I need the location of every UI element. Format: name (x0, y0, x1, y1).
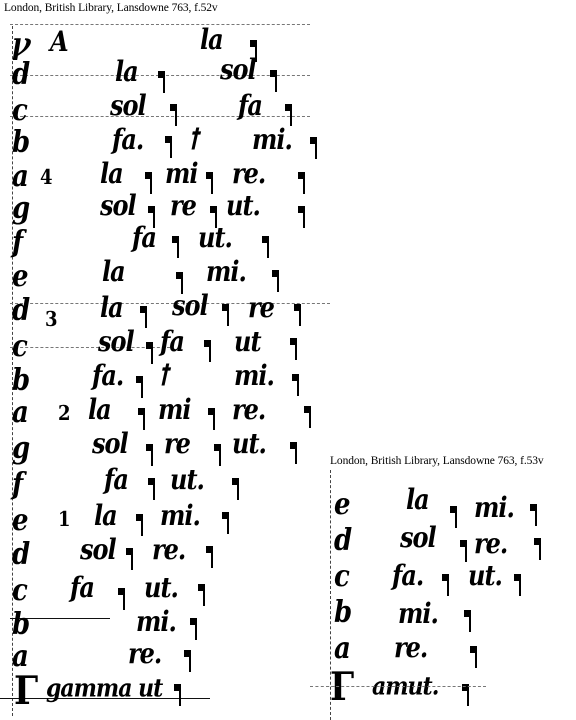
neume-icon (534, 538, 541, 545)
syllable: sol (220, 56, 256, 84)
syllable: la (200, 26, 223, 54)
syllable: fa (160, 328, 184, 356)
gamut-letter: d (334, 526, 352, 556)
syllable: ut. (226, 192, 260, 220)
syllable: mi. (160, 502, 200, 530)
neume-icon (272, 270, 279, 277)
syllable: mi. (206, 258, 246, 286)
syllable: mi. (252, 126, 292, 154)
gamut-letter: f (12, 470, 23, 500)
syllable: la (100, 294, 123, 322)
hexachord-number: 4 (40, 168, 53, 189)
syllable: re. (474, 530, 507, 558)
gamut-letter: c (12, 332, 28, 362)
syllable: mi. (398, 600, 438, 628)
neume-icon (126, 548, 133, 555)
neume-icon (204, 340, 211, 347)
gamut-letter: a (12, 642, 29, 672)
neume-icon (146, 342, 153, 349)
hexachord-number: 3 (45, 310, 58, 331)
gamut-letter: a (334, 634, 351, 664)
staff-line (326, 686, 486, 687)
neume-icon (158, 71, 165, 78)
neume-icon (174, 684, 181, 691)
caption-left-folio: London, British Library, Lansdowne 763, … (4, 2, 218, 14)
neume-icon (222, 512, 229, 519)
neume-icon (206, 172, 213, 179)
neume-icon (190, 618, 197, 625)
syllable: la (102, 258, 125, 286)
syllable: fa. (92, 362, 123, 390)
syllable: fa. (112, 126, 143, 154)
neume-icon (140, 306, 147, 313)
neume-icon (145, 172, 152, 179)
neume-icon (298, 172, 305, 179)
gamut-letter: g (12, 194, 30, 224)
neume-icon (298, 206, 305, 213)
syllable: fa. (392, 562, 423, 590)
gamut-letter: Γ (14, 672, 38, 711)
neume-icon (118, 588, 125, 595)
neume-icon (176, 272, 183, 279)
gamut-letter: e (12, 262, 29, 292)
syllable: mi. (234, 362, 274, 390)
syllable: mi. (474, 494, 514, 522)
neume-icon (210, 206, 217, 213)
neume-icon (530, 504, 537, 511)
syllable: re (170, 192, 196, 220)
hexachord-number: 2 (58, 404, 71, 425)
gamut-letter: b (12, 366, 30, 396)
syllable: ut. (232, 430, 266, 458)
neume-icon (136, 514, 143, 521)
syllable: la (88, 396, 111, 424)
gamut-letter: Γ (330, 668, 354, 707)
neume-icon (222, 304, 229, 311)
neume-icon (270, 70, 277, 77)
neume-icon (464, 610, 471, 617)
syllable: re. (394, 634, 427, 662)
gamut-letter: e (334, 490, 351, 520)
neume-icon (285, 104, 292, 111)
neume-icon (206, 546, 213, 553)
neume-icon (310, 137, 317, 144)
staff-line (10, 116, 310, 117)
syllable: ut. (144, 574, 178, 602)
neume-icon (198, 584, 205, 591)
syllable: la (100, 160, 123, 188)
syllable: la (406, 486, 429, 514)
syllable: ut. (170, 466, 204, 494)
syllable: sol (100, 192, 136, 220)
hexachord-number: 1 (58, 510, 71, 531)
syllable: mi. (136, 608, 176, 636)
neume-icon (460, 540, 467, 547)
gamut-letter: b (12, 610, 30, 640)
gamut-letter: d (12, 540, 30, 570)
neume-icon (290, 338, 297, 345)
gamut-letter: c (334, 562, 350, 592)
syllable: A (50, 28, 68, 56)
gamut-letter: b (334, 598, 352, 628)
neume-icon (290, 442, 297, 449)
syllable: ut. (468, 562, 502, 590)
neume-icon (450, 506, 457, 513)
syllable: re (248, 294, 274, 322)
neume-icon (232, 478, 239, 485)
caption-right-folio: London, British Library, Lansdowne 763, … (330, 455, 544, 467)
neume-icon (172, 236, 179, 243)
gamut-letter: g (12, 434, 30, 464)
gamut-letter: a (12, 398, 29, 428)
neume-icon (136, 376, 143, 383)
syllable: ꝉ (188, 126, 197, 154)
syllable: sol (172, 292, 208, 320)
neume-icon (148, 478, 155, 485)
syllable: sol (80, 536, 116, 564)
neume-icon (250, 40, 257, 47)
syllable: fa (104, 466, 128, 494)
syllable: gamma ut (46, 676, 162, 701)
syllable: re. (232, 396, 265, 424)
syllable: fa (132, 224, 156, 252)
gamut-letter: a (12, 162, 29, 192)
neume-icon (208, 408, 215, 415)
neume-icon (514, 574, 521, 581)
syllable: fa (70, 574, 94, 602)
syllable: re (164, 430, 190, 458)
syllable: ꝉ (158, 362, 167, 390)
neume-icon (170, 104, 177, 111)
gamut-letter: c (12, 96, 28, 126)
syllable: fa (238, 92, 262, 120)
neume-icon (292, 374, 299, 381)
syllable: re. (152, 536, 185, 564)
neume-icon (184, 650, 191, 657)
neume-icon (294, 304, 301, 311)
gamut-letter: e (12, 506, 29, 536)
syllable: ut (234, 328, 261, 356)
neume-icon (165, 136, 172, 143)
syllable: sol (92, 430, 128, 458)
gamut-letter: f (12, 228, 23, 258)
neume-icon (148, 206, 155, 213)
syllable: re. (232, 160, 265, 188)
neume-icon (138, 408, 145, 415)
neume-icon (262, 236, 269, 243)
gamut-letter: d (12, 296, 30, 326)
neume-icon (146, 444, 153, 451)
syllable: ut. (198, 224, 232, 252)
neume-icon (470, 646, 477, 653)
syllable: sol (400, 524, 436, 552)
syllable: la (94, 502, 117, 530)
neume-icon (214, 444, 221, 451)
gamut-letter: d (12, 60, 30, 90)
syllable: sol (110, 92, 146, 120)
syllable: mi (165, 160, 198, 188)
gamut-letter: c (12, 576, 28, 606)
gamut-letter: ꝩ (12, 30, 31, 60)
staff-line (10, 303, 330, 304)
syllable: la (115, 58, 138, 86)
syllable: sol (98, 328, 134, 356)
gamut-letter: b (12, 128, 30, 158)
syllable: mi (158, 396, 191, 424)
neume-icon (442, 574, 449, 581)
syllable: re. (128, 640, 161, 668)
neume-icon (304, 406, 311, 413)
